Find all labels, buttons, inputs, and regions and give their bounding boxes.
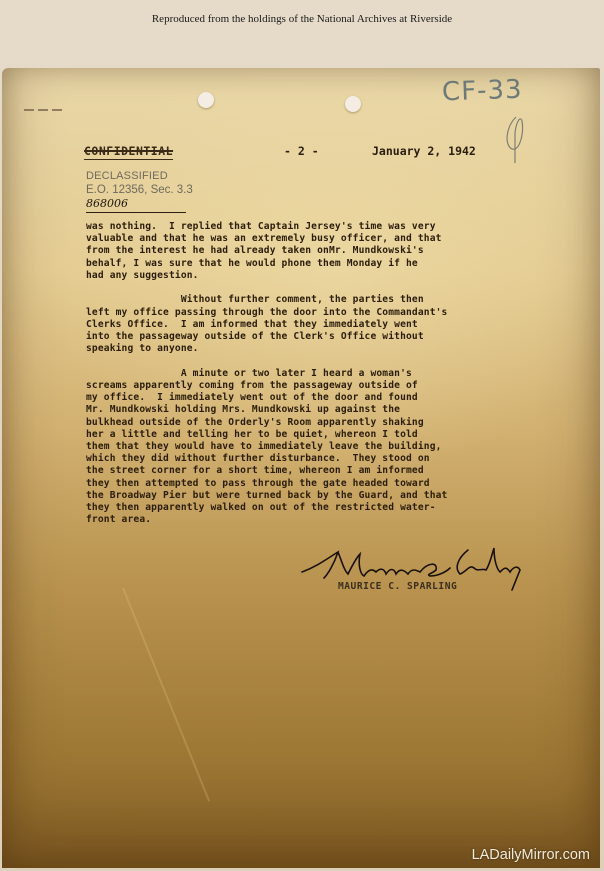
text-line: had any suggestion. <box>86 270 546 282</box>
text-line: the street corner for a short time, wher… <box>86 465 546 477</box>
text-line: Mr. Mundkowski holding Mrs. Mundkowski u… <box>86 404 546 416</box>
stamp-title: DECLASSIFIED <box>86 169 193 183</box>
punch-hole <box>198 92 214 108</box>
edge-mark <box>24 109 64 111</box>
letter-paragraph: Without further comment, the parties the… <box>86 294 546 355</box>
text-line: speaking to anyone. <box>86 343 546 355</box>
text-line: bulkhead outside of the Orderly's Room a… <box>86 417 546 429</box>
text-line: A minute or two later I heard a woman's <box>86 368 546 380</box>
text-line: them that they would have to immediately… <box>86 441 546 453</box>
watermark: LADailyMirror.com <box>472 847 590 863</box>
text-line: valuable and that he was an extremely bu… <box>86 233 546 245</box>
document-page: CF-33 CONFIDENTIAL - 2 - January 2, 1942… <box>2 68 600 868</box>
classification-marking: CONFIDENTIAL <box>84 144 173 158</box>
text-line: left my office passing through the door … <box>86 307 546 319</box>
letter-date: January 2, 1942 <box>372 144 476 158</box>
text-line: from the interest he had already taken o… <box>86 245 546 257</box>
punch-hole <box>345 96 361 112</box>
page-number: - 2 - <box>284 144 319 158</box>
text-line: was nothing. I replied that Captain Jers… <box>86 221 546 233</box>
stamp-authority: E.O. 12356, Sec. 3.3 <box>86 183 193 197</box>
letter-paragraph: was nothing. I replied that Captain Jers… <box>86 221 546 282</box>
letter-body: was nothing. I replied that Captain Jers… <box>86 221 546 539</box>
text-line: Without further comment, the parties the… <box>86 294 546 306</box>
signatory-name: MAURICE C. SPARLING <box>338 581 457 592</box>
text-line: front area. <box>86 514 546 526</box>
file-code-annotation: CF-33 <box>442 75 524 108</box>
pencil-initial-icon <box>502 113 528 165</box>
letter-paragraph: A minute or two later I heard a woman'ss… <box>86 368 546 527</box>
text-line: her a little and telling her to be quiet… <box>86 429 546 441</box>
paper-crease <box>122 588 210 802</box>
declassification-stamp: DECLASSIFIED E.O. 12356, Sec. 3.3 868006 <box>86 169 193 213</box>
text-line: Clerks Office. I am informed that they i… <box>86 319 546 331</box>
text-line: they then attempted to pass through the … <box>86 478 546 490</box>
text-line: screams apparently coming from the passa… <box>86 380 546 392</box>
archive-header: Reproduced from the holdings of the Nati… <box>0 13 604 25</box>
stamp-number: 868006 <box>86 197 186 213</box>
text-line: behalf, I was sure that he would phone t… <box>86 258 546 270</box>
text-line: which they did without further disturban… <box>86 453 546 465</box>
text-line: the Broadway Pier but were turned back b… <box>86 490 546 502</box>
text-line: into the passageway outside of the Clerk… <box>86 331 546 343</box>
text-line: they then apparently walked on out of th… <box>86 502 546 514</box>
text-line: my office. I immediately went out of the… <box>86 392 546 404</box>
